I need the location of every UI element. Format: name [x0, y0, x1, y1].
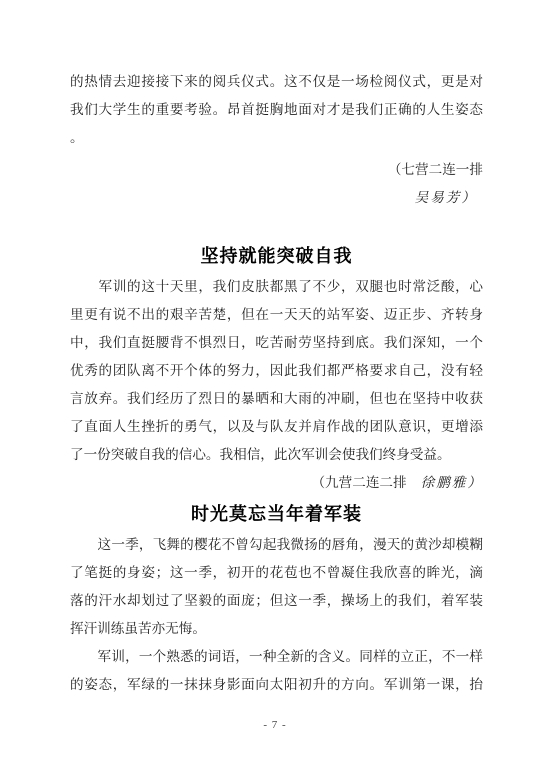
- paragraph-line: 的姿态，军绿的一抹抹身影面向太阳初升的方向。军训第一课，抬: [70, 671, 483, 699]
- paragraph-line: 挥汗训练虽苦亦无悔。: [70, 615, 483, 643]
- paragraph-line: 我们大学生的重要考验。昂首挺胸地面对才是我们正确的人生姿态: [70, 96, 483, 124]
- essay-paragraph: 军训，一个熟悉的词语，一种全新的含义。同样的立正，不一样 的姿态，军绿的一抹抹身…: [70, 643, 483, 699]
- paragraph-line: 的热情去迎接接下来的阅兵仪式。这不仅是一场检阅仪式，更是对: [70, 68, 483, 96]
- page-content: 的热情去迎接接下来的阅兵仪式。这不仅是一场检阅仪式，更是对 我们大学生的重要考验…: [70, 68, 483, 699]
- essay-title: 坚持就能突破自我: [70, 239, 483, 273]
- paragraph-line: 了笔挺的身姿；这一季，初开的花苞也不曾凝住我欣喜的眸光，滴: [70, 559, 483, 587]
- signature-block: （七营二连一排 吴易芳）: [70, 156, 483, 212]
- paragraph-line: 里更有说不出的艰辛苦楚，但在一天天的站军姿、迈正步、齐转身: [70, 301, 483, 329]
- paragraph-line: 了一份突破自我的信心。我相信，此次军训会使我们终身受益。: [70, 441, 483, 469]
- signature-unit: （七营二连一排: [70, 156, 483, 184]
- essay-paragraph: 军训的这十天里，我们皮肤都黑了不少，双腿也时常泛酸，心 里更有说不出的艰辛苦楚，…: [70, 273, 483, 469]
- essay-paragraph: 这一季，飞舞的樱花不曾勾起我微扬的唇角，漫天的黄沙却模糊 了笔挺的身姿；这一季，…: [70, 531, 483, 643]
- paragraph-line: 优秀的团队离不开个体的努力，因此我们都严格要求自己，没有轻: [70, 357, 483, 385]
- closing-essay-paragraph: 的热情去迎接接下来的阅兵仪式。这不仅是一场检阅仪式，更是对 我们大学生的重要考验…: [70, 68, 483, 152]
- paragraph-line: 落的汗水却划过了坚毅的面庞；但这一季，操场上的我们，着军装: [70, 587, 483, 615]
- signature-unit: （九营二连二排: [311, 475, 406, 490]
- paragraph-line: 这一季，飞舞的樱花不曾勾起我微扬的唇角，漫天的黄沙却模糊: [70, 531, 483, 559]
- paragraph-line: 。: [70, 124, 483, 152]
- page-number: - 7 -: [0, 718, 550, 732]
- signature-name: 吴易芳）: [70, 184, 483, 212]
- signature-name: 徐鹏雅）: [421, 475, 483, 490]
- paragraph-line: 中，我们直挺腰背不惧烈日，吃苦耐劳坚持到底。我们深知，一个: [70, 329, 483, 357]
- signature-line: （九营二连二排徐鹏雅）: [70, 469, 483, 497]
- paragraph-line: 了直面人生挫折的勇气，以及与队友并肩作战的团队意识，更增添: [70, 413, 483, 441]
- paragraph-line: 言放弃。我们经历了烈日的暴晒和大雨的冲刷，但也在坚持中收获: [70, 385, 483, 413]
- paragraph-line: 军训，一个熟悉的词语，一种全新的含义。同样的立正，不一样: [70, 643, 483, 671]
- paragraph-line: 军训的这十天里，我们皮肤都黑了不少，双腿也时常泛酸，心: [70, 273, 483, 301]
- document-page: 的热情去迎接接下来的阅兵仪式。这不仅是一场检阅仪式，更是对 我们大学生的重要考验…: [0, 0, 550, 778]
- essay-title: 时光莫忘当年着军装: [70, 497, 483, 531]
